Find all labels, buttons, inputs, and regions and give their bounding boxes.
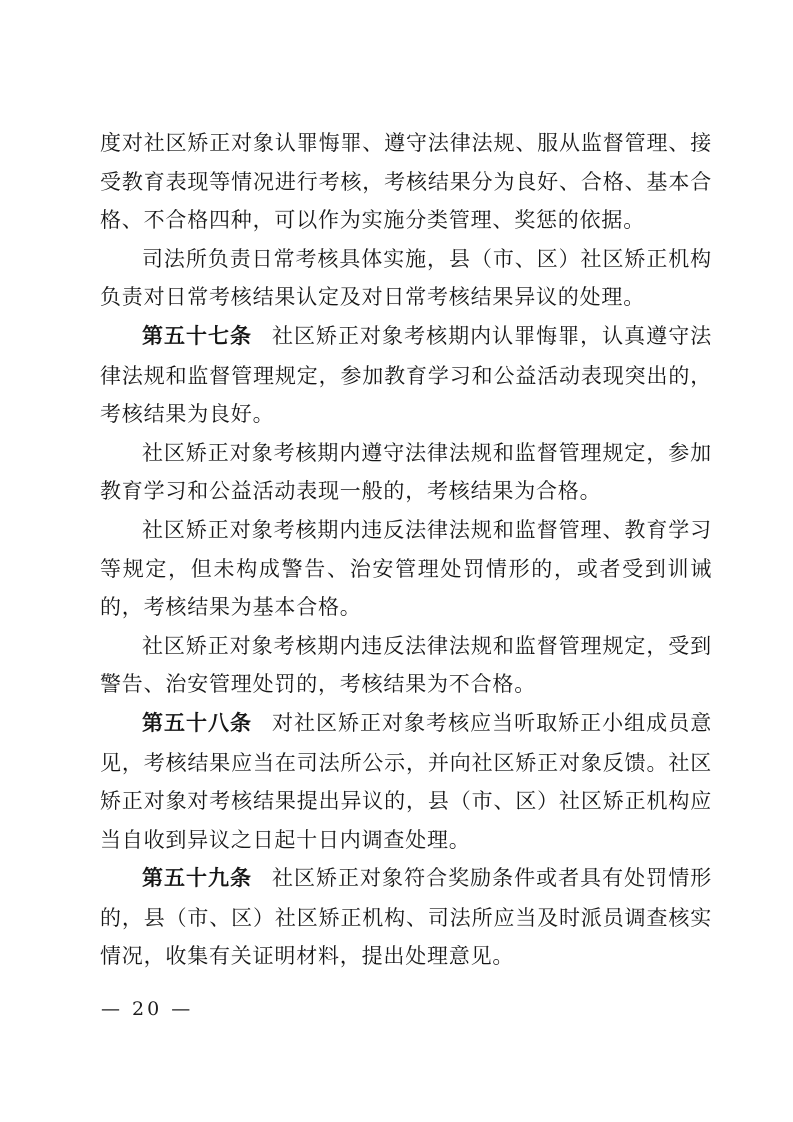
paragraph-6: 社区矫正对象考核期内违反法律法规和监督管理规定，受到警告、治安管理处罚的，考核结… <box>100 627 712 704</box>
paragraph-text: 度对社区矫正对象认罪悔罪、遵守法律法规、服从监督管理、接受教育表现等情况进行考核… <box>100 131 712 232</box>
paragraph-2: 司法所负责日常考核具体实施，县（市、区）社区矫正机构负责对日常考核结果认定及对日… <box>100 240 712 317</box>
article-number: 第五十九条 <box>142 867 252 890</box>
paragraph-4: 社区矫正对象考核期内遵守法律法规和监督管理规定，参加教育学习和公益活动表现一般的… <box>100 434 712 511</box>
paragraph-text: 社区矫正对象考核期内违反法律法规和监督管理规定，受到警告、治安管理处罚的，考核结… <box>100 634 712 697</box>
paragraph-8: 第五十九条社区矫正对象符合奖励条件或者具有处罚情形的，县（市、区）社区矫正机构、… <box>100 859 712 976</box>
paragraph-1: 度对社区矫正对象认罪悔罪、遵守法律法规、服从监督管理、接受教育表现等情况进行考核… <box>100 124 712 240</box>
paragraph-3: 第五十七条社区矫正对象考核期内认罪悔罪，认真遵守法律法规和监督管理规定，参加教育… <box>100 317 712 434</box>
document-body: 度对社区矫正对象认罪悔罪、遵守法律法规、服从监督管理、接受教育表现等情况进行考核… <box>100 124 712 976</box>
article-number: 第五十八条 <box>142 712 252 735</box>
paragraph-7: 第五十八条对社区矫正对象考核应当听取矫正小组成员意见，考核结果应当在司法所公示，… <box>100 704 712 859</box>
article-number: 第五十七条 <box>142 325 252 348</box>
document-page: 度对社区矫正对象认罪悔罪、遵守法律法规、服从监督管理、接受教育表现等情况进行考核… <box>0 0 793 1122</box>
paragraph-text: 社区矫正对象考核期内遵守法律法规和监督管理规定，参加教育学习和公益活动表现一般的… <box>100 441 712 504</box>
paragraph-text: 司法所负责日常考核具体实施，县（市、区）社区矫正机构负责对日常考核结果认定及对日… <box>100 247 712 310</box>
paragraph-5: 社区矫正对象考核期内违反法律法规和监督管理、教育学习等规定，但未构成警告、治安管… <box>100 511 712 627</box>
page-number-footer: — 20 — <box>101 998 193 1020</box>
paragraph-text: 社区矫正对象考核期内违反法律法规和监督管理、教育学习等规定，但未构成警告、治安管… <box>100 518 712 619</box>
